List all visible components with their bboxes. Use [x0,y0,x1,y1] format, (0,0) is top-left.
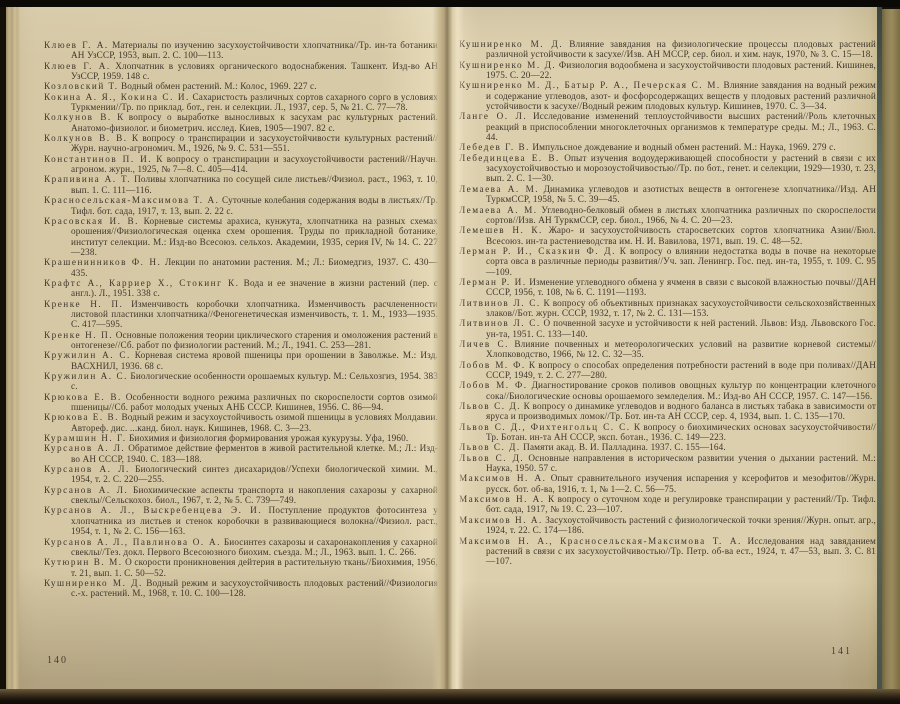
reference-entry: Лобов М. Ф. К вопросу о способах определ… [459,360,876,381]
entry-author: Лебедев Г. В. [459,142,530,152]
entry-author: Кренке Н. П. [44,330,113,340]
reference-entry: Лобов М. Ф. Диагностирование сроков поли… [459,380,876,401]
reference-entry: Ланге О. Л. Исследование изменений тепло… [459,111,876,142]
entry-author: Кренке Н. П. [44,299,123,309]
entry-author: Константинов П. И. [44,154,152,164]
entry-text: Памяти акад. В. И. Палладина. 1937. С. 1… [521,442,726,452]
reference-entry: Крашенинников Ф. Н. Лекции по анатомии р… [44,257,438,278]
entry-text: Основные направления в историческом разв… [486,453,876,473]
reference-entry: Курсанов А. Л. Обратимое действие фермен… [44,443,438,464]
reference-entry: Максимов Н. А., Красносельская-Максимова… [459,536,876,567]
entry-author: Максимов Н. А. [459,515,543,525]
entry-author: Крюкова Е. В. [44,412,119,422]
reference-entry: Курсанов А. Л., Выскребенцева Э. И. Пост… [44,505,438,536]
reference-entry: Максимов Н. А. Засухоустойчивость растен… [459,515,876,536]
entry-text: К вопросу о суточном ходе и регулировке … [486,494,876,514]
entry-author: Курсанов А. Л. [44,485,128,495]
reference-entry: Лерман Р. И. Изменение углеводного обмен… [459,277,876,298]
reference-entry: Лемаева А. М. Динамика углеводов и азоти… [459,184,876,205]
entry-text: К вопросу о способах определения потребн… [486,360,876,380]
bibliography-list-right: Кушниренко М. Д. Влияние завядания на фи… [459,39,876,651]
entry-author: Львов С. Д. [459,401,521,411]
photo-bottom-border [0,689,900,704]
entry-author: Крафтс А., Карриер Х., Стокинг К. [44,278,239,288]
entry-text: Исследование изменений теплоустойчивости… [486,111,876,142]
entry-author: Лемаева А. М. [459,184,539,194]
reference-entry: Максимов Н. А. К вопросу о суточном ходе… [459,494,876,515]
reference-entry: Крафтс А., Карриер Х., Стокинг К. Вода и… [44,278,438,299]
entry-author: Кушниренко М. Д. [44,578,143,588]
reference-entry: Львов С. Д. Основные направления в истор… [459,453,876,474]
reference-entry: Кушниренко М. Д., Батыр Р. А., Печерская… [459,80,876,111]
entry-author: Красносельская-Максимова Т. А. [44,195,219,205]
entry-author: Литвинов Л. С. [459,318,541,328]
reference-entry: Кушниренко М. Д. Водный режим и засухоус… [44,578,438,599]
entry-text: К вопросу о динамике углеводов и водного… [486,401,876,421]
entry-author: Клюев Г. А. [44,40,109,50]
entry-text: К вопросу об объективных признаках засух… [486,298,876,318]
reference-entry: Клюев Г. А. Материалы по изучению засухо… [44,40,438,61]
entry-text: Основные положения теории циклического с… [71,330,438,350]
entry-text: Импульсное дождевание и водный обмен рас… [530,142,836,152]
entry-author: Лобов М. Ф. [459,360,526,370]
bibliography-list-left: Клюев Г. А. Материалы по изучению засухо… [44,40,438,656]
entry-author: Лемешев Н. К. [459,225,543,235]
entry-author: Львов С. Д., Фихтенгольц С. С. [459,422,631,432]
book-photo: Клюев Г. А. Материалы по изучению засухо… [0,0,900,704]
reference-entry: Колкунов В. В. К вопросу о транспирации … [44,133,438,154]
entry-author: Кружилин А. С. [44,350,131,360]
reference-entry: Крюкова Е. В. Особенности водного режима… [44,392,438,413]
entry-text: Изменение углеводного обмена у ячменя в … [486,277,876,297]
reference-entry: Крапивина А. Т. Поливы хлопчатника по со… [44,174,438,195]
entry-author: Лерман Р. И., Сказкин Ф. Д. [459,246,616,256]
reference-entry: Лебединцева Е. В. Опыт изучения водоудер… [459,153,876,184]
reference-entry: Кушниренко М. Д. Физиология водообмена и… [459,60,876,81]
reference-entry: Клюев Г. А. Хлопчатник в условиях органи… [44,61,438,82]
reference-entry: Колкунов В. К вопросу о выработке выносл… [44,112,438,133]
entry-author: Курсанов А. Л., Выскребенцева Э. И. [44,505,262,515]
entry-author: Курсанов А. Л., Павлинова О. А. [44,537,221,547]
reference-entry: Львов С. Д. К вопросу о динамике углевод… [459,401,876,422]
right-page: Кушниренко М. Д. Влияние завядания на фи… [454,5,878,689]
reference-entry: Красносельская-Максимова Т. А. Суточные … [44,195,438,216]
entry-text: Материалы по изучению засухоустойчивости… [71,40,438,60]
entry-text: О почвенной засухе и устойчивости к ней … [486,318,876,338]
entry-author: Ланге О. Л. [459,111,527,121]
left-page-number: 140 [47,655,68,666]
reference-entry: Кренке Н. П. Основные положения теории ц… [44,330,438,351]
entry-author: Кушниренко М. Д., Батыр Р. А., Печерская… [459,80,721,90]
entry-text: Изменчивость коробочки хлопчатника. Изме… [71,299,438,330]
entry-text: Динамика углеводов и азотистых веществ в… [486,184,876,204]
entry-text: Особенности водного режима различных по … [71,392,438,412]
reference-entry: Кружилин А. С. Биологические особенности… [44,371,438,392]
entry-text: К вопросу о выработке выносливых к засух… [71,112,438,132]
page-block-fore-edge [882,9,900,691]
entry-text: Водный режим и засухоустойчивость озимой… [71,412,438,432]
entry-author: Клюев Г. А. [44,61,111,71]
reference-entry: Курсанов А. Л. Биологический синтез диса… [44,464,438,485]
entry-author: Кокина А. Я., Кокина С. И. [44,92,190,102]
reference-entry: Курамшин Н. Г. Биохимия и физиология фор… [44,433,438,443]
entry-author: Курамшин Н. Г. [44,433,127,443]
entry-text: Углеводно-белковый обмен в листьях хлопч… [486,205,876,225]
entry-author: Крюкова Е. В. [44,392,122,402]
entry-text: Диагностирование сроков поливов овощных … [486,380,876,400]
entry-author: Красовская И. В. [44,216,139,226]
right-page-number: 141 [831,646,852,657]
reference-entry: Литвинов Л. С. К вопросу об объективных … [459,298,876,319]
entry-text: Хлопчатник в условиях органического водо… [71,61,438,81]
entry-author: Личев С. [459,339,509,349]
entry-text: Водный обмен растений. М.: Колос, 1969. … [119,81,317,91]
entry-author: Максимов Н. А. [459,494,545,504]
reference-entry: Константинов П. И. К вопросу о транспира… [44,154,438,175]
reference-entry: Козловский Т. Водный обмен растений. М.:… [44,81,438,91]
entry-author: Крашенинников Ф. Н. [44,257,161,267]
entry-text: О скорости проникновения дейтерия в раст… [71,557,438,577]
entry-author: Лерман Р. И. [459,277,527,287]
reference-entry: Кутюрин В. М. О скорости проникновения д… [44,557,438,578]
entry-author: Лобов М. Ф. [459,380,528,390]
entry-author: Козловский Т. [44,81,119,91]
entry-author: Кушниренко М. Д. [459,60,556,70]
reference-entry: Личев С. Влияние почвенных и метеорологи… [459,339,876,360]
entry-author: Кутюрин В. М. [44,557,123,567]
reference-entry: Крюкова Е. В. Водный режим и засухоустой… [44,412,438,433]
reference-entry: Лебедев Г. В. Импульсное дождевание и во… [459,142,876,152]
reference-entry: Лерман Р. И., Сказкин Ф. Д. К вопросу о … [459,246,876,277]
page-stack-edge [6,7,20,689]
reference-entry: Лемешев Н. К. Жаро- и засухоустойчивость… [459,225,876,246]
reference-entry: Курсанов А. Л., Павлинова О. А. Биосинте… [44,537,438,558]
reference-entry: Литвинов Л. С. О почвенной засухе и усто… [459,318,876,339]
entry-author: Курсанов А. Л. [44,443,125,453]
entry-text: Жаро- и засухоустойчивость старосветских… [486,225,876,245]
reference-entry: Максимов Н. А. Опыт сравнительного изуче… [459,473,876,494]
entry-text: Влияние почвенных и метеорологических ус… [486,339,876,359]
entry-author: Колкунов В. В. [44,133,128,143]
reference-entry: Курсанов А. Л. Биохимические аспекты тра… [44,485,438,506]
left-page: Клюев Г. А. Материалы по изучению засухо… [6,7,440,689]
entry-author: Максимов Н. А. [459,473,546,483]
entry-author: Максимов Н. А., Красносельская-Максимова… [459,536,742,546]
book-gutter [432,5,464,689]
reference-entry: Кренке Н. П. Изменчивость коробочки хлоп… [44,299,438,330]
entry-text: Засухоустойчивость растений с физиологич… [486,515,876,535]
reference-entry: Красовская И. В. Корневые системы арахис… [44,216,438,257]
entry-author: Литвинов Л. С. [459,298,541,308]
entry-author: Лемаева А. М. [459,205,538,215]
entry-author: Колкунов В. [44,112,112,122]
reference-entry: Лемаева А. М. Углеводно-белковый обмен в… [459,205,876,226]
reference-entry: Львов С. Д., Фихтенгольц С. С. К вопросу… [459,422,876,443]
entry-text: Обратимое действие ферментов в живой рас… [71,443,438,463]
entry-author: Лебединцева Е. В. [459,153,560,163]
entry-text: Биохимия и физиология формирования урожа… [127,433,409,443]
entry-author: Курсанов А. Л. [44,464,130,474]
reference-entry: Львов С. Д. Памяти акад. В. И. Палладина… [459,442,876,452]
entry-author: Кружилин А. С. [44,371,128,381]
entry-author: Львов С. Д. [459,453,524,463]
entry-author: Кушниренко М. Д. [459,39,563,49]
reference-entry: Кружилин А. С. Корневая система яровой п… [44,350,438,371]
photo-top-border [0,0,900,7]
entry-author: Львов С. Д. [459,442,521,452]
reference-entry: Кокина А. Я., Кокина С. И. Сахаристость … [44,92,438,113]
reference-entry: Кушниренко М. Д. Влияние завядания на фи… [459,39,876,60]
entry-author: Крапивина А. Т. [44,174,131,184]
